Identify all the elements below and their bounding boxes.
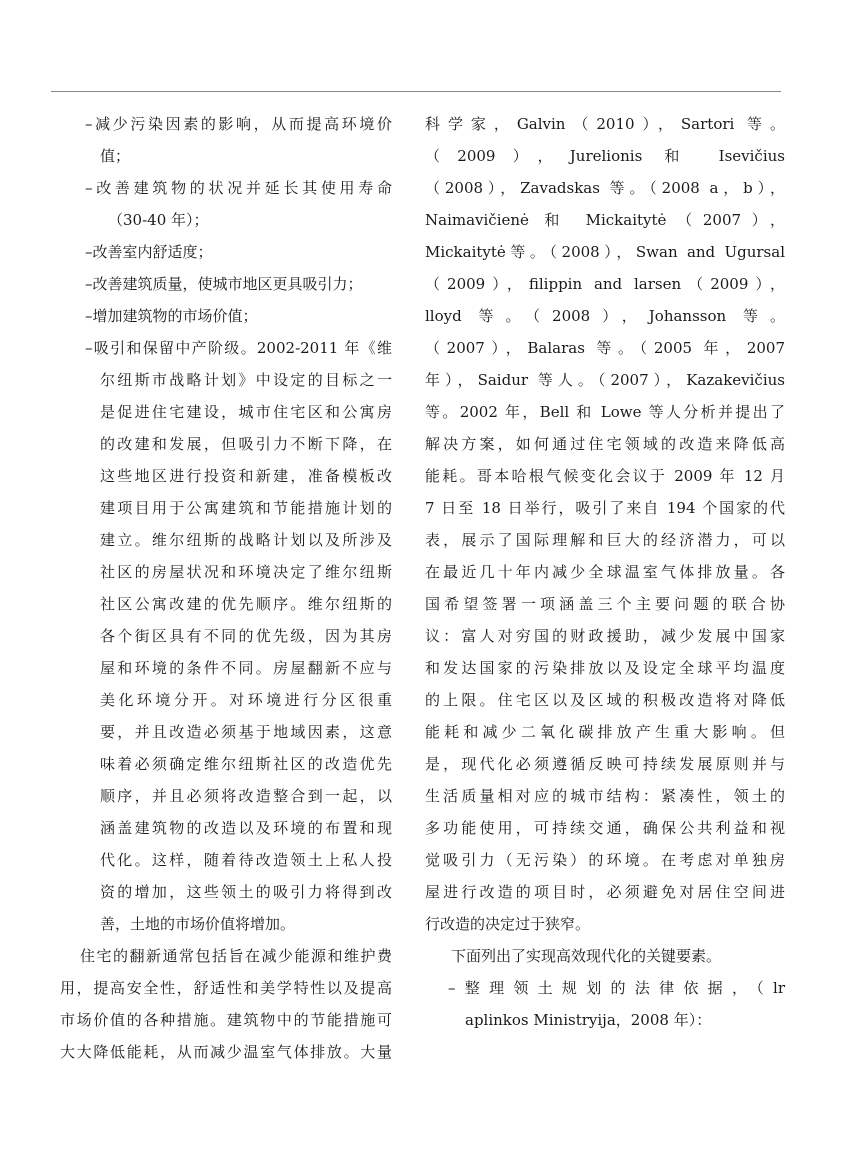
text-line: 和发达国家的污染排放以及设定全球平均温度	[425, 652, 785, 684]
text-line: 建立。维尔纽斯的战略计划以及所涉及	[100, 524, 392, 556]
text-line: 觉吸引力（无污染）的环境。在考虑对单独房	[425, 844, 785, 876]
text-line: 社区的房屋状况和环境决定了维尔纽斯	[100, 556, 392, 588]
text-line: 涵盖建筑物的改造以及环境的布置和现	[100, 812, 392, 844]
right-column: 科学家，Galvin（2010），Sartori 等。 （2009），Jurel…	[425, 108, 785, 1036]
text-line: （2007），Balaras 等。（2005 年，2007	[425, 332, 785, 364]
bullet-item: –改善室内舒适度；	[60, 236, 392, 268]
text-line: –改善建筑物的状况并延长其使用寿命	[85, 172, 392, 204]
text-line: 代化。这样，随着待改造领土上私人投	[100, 844, 392, 876]
text-line: 的改建和发展，但吸引力不断下降，在	[100, 428, 392, 460]
text-line: 在最近几十年内减少全球温室气体排放量。各	[425, 556, 785, 588]
text-line: –减少污染因素的影响，从而提高环境价	[85, 108, 392, 140]
text-line: 各个街区具有不同的优先级，因为其房	[100, 620, 392, 652]
text-line: aplinkos Ministryija，2008 年）：	[465, 1004, 785, 1036]
text-line: 住宅的翻新通常包括旨在减少能源和维护费	[80, 940, 392, 972]
text-line: 值；	[100, 140, 392, 172]
text-line: 味着必须确定维尔纽斯社区的改造优先	[100, 748, 392, 780]
text-line: 国希望签署一项涵盖三个主要问题的联合协	[425, 588, 785, 620]
text-line: （2009），Jurelionis 和 Isevičius	[425, 140, 785, 172]
bullet-list: –减少污染因素的影响，从而提高环境价 值； –改善建筑物的状况并延长其使用寿命 …	[60, 108, 392, 940]
text-line: 尔纽斯市战略计划》中设定的目标之一	[100, 364, 392, 396]
bullet-item: –减少污染因素的影响，从而提高环境价 值；	[60, 108, 392, 172]
left-column: –减少污染因素的影响，从而提高环境价 值； –改善建筑物的状况并延长其使用寿命 …	[60, 108, 392, 1068]
text-line: 大大降低能耗，从而减少温室气体排放。大量	[60, 1036, 392, 1068]
text-line: 表，展示了国际理解和巨大的经济潜力，可以	[425, 524, 785, 556]
bullet-item: –整理领土规划的法律依据，（lr aplinkos Ministryija，20…	[425, 972, 785, 1036]
text-line: 是，现代化必须遵循反映可持续发展原则并与	[425, 748, 785, 780]
text-line: –吸引和保留中产阶级。2002-2011 年《维	[85, 332, 392, 364]
text-line: （30-40 年）；	[108, 204, 392, 236]
bullet-item: –增加建筑物的市场价值；	[60, 300, 392, 332]
bullet-item: –吸引和保留中产阶级。2002-2011 年《维 尔纽斯市战略计划》中设定的目标…	[60, 332, 392, 940]
text-line: 多功能使用，可持续交通，确保公共利益和视	[425, 812, 785, 844]
text-line: 顺序，并且必须将改造整合到一起，以	[100, 780, 392, 812]
text-line: 善，土地的市场价值将增加。	[100, 908, 392, 940]
text-line: 这些地区进行投资和新建，准备模板改	[100, 460, 392, 492]
text-line: 屋进行改造的项目时，必须避免对居住空间进	[425, 876, 785, 908]
text-line: 的上限。住宅区以及区域的积极改造将对降低	[425, 684, 785, 716]
text-line: Mickaitytė等。（2008），Swan and Ugursal	[425, 236, 785, 268]
text-line: 7 日至 18 日举行，吸引了来自 194 个国家的代	[425, 492, 785, 524]
text-line: –增加建筑物的市场价值；	[85, 300, 392, 332]
text-line: 下面列出了实现高效现代化的关键要素。	[451, 940, 785, 972]
text-line: 年），Saidur 等人。（2007），Kazakevičius	[425, 364, 785, 396]
citation-paragraph: 科学家，Galvin（2010），Sartori 等。 （2009），Jurel…	[425, 108, 785, 940]
header-rule	[51, 91, 781, 92]
text-line: –改善建筑质量，使城市地区更具吸引力；	[85, 268, 392, 300]
text-line: 能耗。哥本哈根气候变化会议于 2009 年 12 月	[425, 460, 785, 492]
text-line: 行改造的决定过于狭窄。	[425, 908, 785, 940]
text-line: 等。2002 年，Bell 和 Lowe 等人分析并提出了	[425, 396, 785, 428]
text-line: 能耗和减少二氧化碳排放产生重大影响。但	[425, 716, 785, 748]
body-paragraph: 住宅的翻新通常包括旨在减少能源和维护费 用，提高安全性，舒适性和美学特性以及提高…	[60, 940, 392, 1068]
text-line: Naimavičienė 和 Mickaitytė（2007），	[425, 204, 785, 236]
bullet-item: –改善建筑质量，使城市地区更具吸引力；	[60, 268, 392, 300]
text-line: （2009），filippin and larsen（2009），	[425, 268, 785, 300]
text-line: 美化环境分开。对环境进行分区很重	[100, 684, 392, 716]
text-line: 解决方案，如何通过住宅领域的改造来降低高	[425, 428, 785, 460]
text-line: –整理领土规划的法律依据，（lr	[448, 972, 785, 1004]
text-line: 用，提高安全性，舒适性和美学特性以及提高	[60, 972, 392, 1004]
text-line: 资的增加，这些领土的吸引力将得到改	[100, 876, 392, 908]
text-line: lloyd 等。（2008），Johansson 等。	[425, 300, 785, 332]
text-line: 市场价值的各种措施。建筑物中的节能措施可	[60, 1004, 392, 1036]
text-line: 社区公寓改建的优先顺序。维尔纽斯的	[100, 588, 392, 620]
text-line: 建项目用于公寓建筑和节能措施计划的	[100, 492, 392, 524]
text-line: （2008），Zavadskas 等。（2008 a，b），	[425, 172, 785, 204]
text-line: 生活质量相对应的城市结构：紧凑性，领土的	[425, 780, 785, 812]
text-line: 议：富人对穷国的财政援助，减少发展中国家	[425, 620, 785, 652]
text-line: 要，并且改造必须基于地域因素，这意	[100, 716, 392, 748]
text-line: 屋和环境的条件不同。房屋翻新不应与	[100, 652, 392, 684]
bullet-item: –改善建筑物的状况并延长其使用寿命 （30-40 年）；	[60, 172, 392, 236]
intro-paragraph: 下面列出了实现高效现代化的关键要素。	[425, 940, 785, 972]
text-line: –改善室内舒适度；	[85, 236, 392, 268]
text-line: 科学家，Galvin（2010），Sartori 等。	[425, 108, 785, 140]
text-line: 是促进住宅建设，城市住宅区和公寓房	[100, 396, 392, 428]
